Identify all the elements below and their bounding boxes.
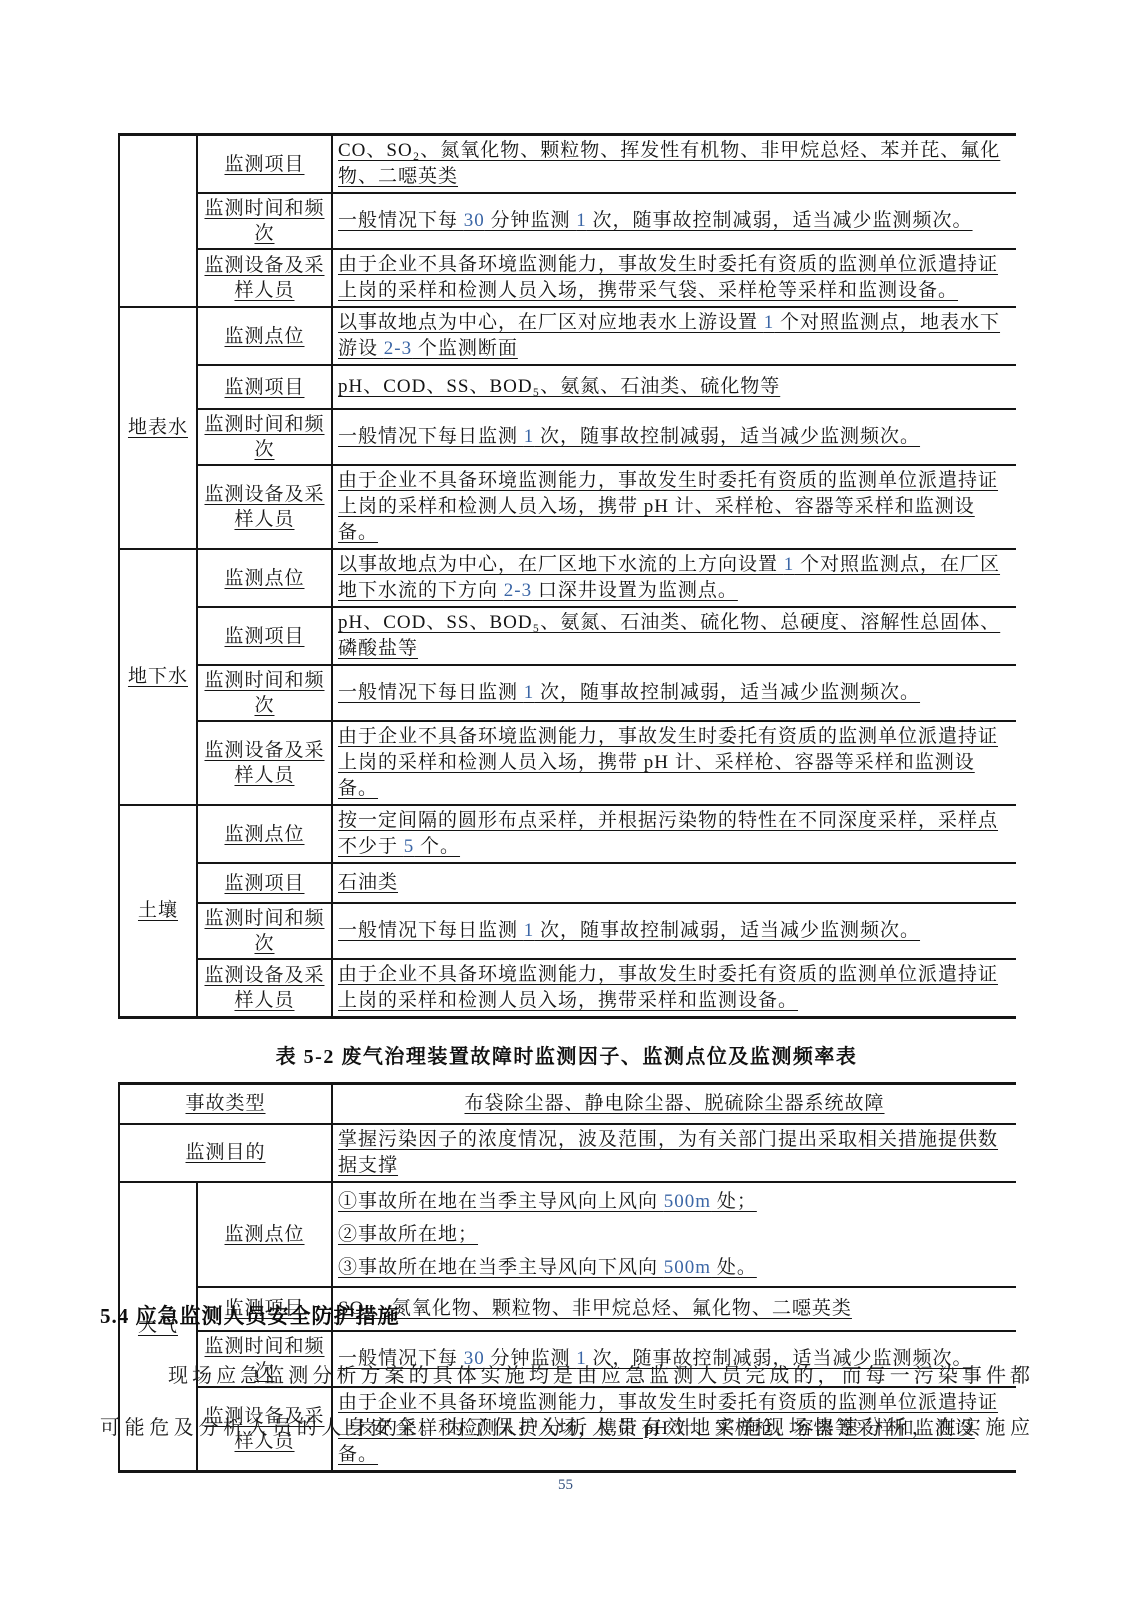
label-cell: 监测项目	[197, 863, 332, 903]
label-cell: 监测点位	[197, 805, 332, 863]
table-5-2-title: 表 5-2 废气治理装置故障时监测因子、监测点位及监测频率表	[118, 1040, 1015, 1069]
content-cell: 布袋除尘器、静电除尘器、脱硫除尘器系统故障	[332, 1084, 1016, 1124]
table-row: 监测设备及采样人员 由于企业不具备环境监测能力，事故发生时委托有资质的监测单位派…	[119, 465, 1016, 549]
label-cell: 监测点位	[197, 307, 332, 365]
content-cell: 按一定间隔的圆形布点采样，并根据污染物的特性在不同深度采样，采样点 不少于 5 …	[332, 805, 1016, 863]
table-row: 监测时间和频次 一般情况下每日监测 1 次，随事故控制减弱，适当减少监测频次。	[119, 903, 1016, 959]
table-row: 事故类型 布袋除尘器、静电除尘器、脱硫除尘器系统故障	[119, 1084, 1016, 1124]
content-cell: 由于企业不具备环境监测能力，事故发生时委托有资质的监测单位派遣持证 上岗的采样和…	[332, 249, 1016, 307]
label-cell: 监测项目	[197, 607, 332, 665]
content-cell: CO、SO₂、氮氧化物、颗粒物、挥发性有机物、非甲烷总烃、苯并芘、氟化 物、二噁…	[332, 135, 1016, 194]
content-cell: ①事故所在地在当季主导风向上风向 500m 处； ②事故所在地； ③事故所在地在…	[332, 1182, 1016, 1287]
content-cell: 一般情况下每日监测 1 次，随事故控制减弱，适当减少监测频次。	[332, 903, 1016, 959]
content-cell: 一般情况下每日监测 1 次，随事故控制减弱，适当减少监测频次。	[332, 409, 1016, 465]
category-cell	[119, 135, 197, 308]
label-cell: 事故类型	[119, 1084, 332, 1124]
table-row: 大气 监测点位 ①事故所在地在当季主导风向上风向 500m 处； ②事故所在地；…	[119, 1182, 1016, 1287]
label-cell: 监测目的	[119, 1124, 332, 1182]
table-row: 监测设备及采样人员 由于企业不具备环境监测能力，事故发生时委托有资质的监测单位派…	[119, 959, 1016, 1018]
category-cell: 地下水	[119, 549, 197, 805]
table-row: 土壤 监测点位 按一定间隔的圆形布点采样，并根据污染物的特性在不同深度采样，采样…	[119, 805, 1016, 863]
table-row: 监测设备及采样人员 由于企业不具备环境监测能力，事故发生时委托有资质的监测单位派…	[119, 249, 1016, 307]
table-row: 监测项目 石油类	[119, 863, 1016, 903]
label-cell: 监测设备及采样人员	[197, 959, 332, 1018]
content-cell: 石油类	[332, 863, 1016, 903]
label-cell: 监测设备及采样人员	[197, 249, 332, 307]
category-cell: 地表水	[119, 307, 197, 549]
table-row: 监测设备及采样人员 由于企业不具备环境监测能力，事故发生时委托有资质的监测单位派…	[119, 721, 1016, 805]
page-number: 55	[0, 1477, 1131, 1494]
table-row: 监测时间和频次 一般情况下每日监测 1 次，随事故控制减弱，适当减少监测频次。	[119, 665, 1016, 721]
label-cell: 监测点位	[197, 549, 332, 607]
label-cell: 监测项目	[197, 135, 332, 194]
table-row: 监测项目 pH、COD、SS、BOD₅、氨氮、石油类、硫化物等	[119, 365, 1016, 409]
paragraph-line: 可能危及分析人员的人身安全。为了保护分析人员有效地实施现场快速分析，在实施应	[100, 1402, 1031, 1454]
content-cell: 由于企业不具备环境监测能力，事故发生时委托有资质的监测单位派遣持证 上岗的采样和…	[332, 465, 1016, 549]
category-cell: 土壤	[119, 805, 197, 1018]
section-paragraph: 现场应急监测分析方案的具体实施均是由应急监测人员完成的，而每一污染事件都 可能危…	[100, 1350, 1031, 1454]
table-row: 监测目的 掌握污染因子的浓度情况，波及范围，为有关部门提出采取相关措施提供数 据…	[119, 1124, 1016, 1182]
tables-area: 监测项目 CO、SO₂、氮氧化物、颗粒物、挥发性有机物、非甲烷总烃、苯并芘、氟化…	[118, 133, 1015, 1473]
paragraph-line: 现场应急监测分析方案的具体实施均是由应急监测人员完成的，而每一污染事件都	[100, 1350, 1031, 1402]
table-row: 监测时间和频次 一般情况下每日监测 1 次，随事故控制减弱，适当减少监测频次。	[119, 409, 1016, 465]
label-cell: 监测设备及采样人员	[197, 721, 332, 805]
label-cell: 监测时间和频次	[197, 409, 332, 465]
monitoring-table-1: 监测项目 CO、SO₂、氮氧化物、颗粒物、挥发性有机物、非甲烷总烃、苯并芘、氟化…	[118, 133, 1016, 1019]
label-cell: 监测项目	[197, 365, 332, 409]
content-cell: pH、COD、SS、BOD₅、氨氮、石油类、硫化物等	[332, 365, 1016, 409]
table-row: 地下水 监测点位 以事故地点为中心，在厂区地下水流的上方向设置 1 个对照监测点…	[119, 549, 1016, 607]
label-cell: 监测时间和频次	[197, 193, 332, 249]
label-cell: 监测设备及采样人员	[197, 465, 332, 549]
content-cell: 由于企业不具备环境监测能力，事故发生时委托有资质的监测单位派遣持证 上岗的采样和…	[332, 959, 1016, 1018]
content-cell: 由于企业不具备环境监测能力，事故发生时委托有资质的监测单位派遣持证 上岗的采样和…	[332, 721, 1016, 805]
content-cell: 以事故地点为中心，在厂区地下水流的上方向设置 1 个对照监测点，在厂区 地下水流…	[332, 549, 1016, 607]
label-cell: 监测点位	[197, 1182, 332, 1287]
label-cell: 监测时间和频次	[197, 903, 332, 959]
label-cell: 监测时间和频次	[197, 665, 332, 721]
content-cell: pH、COD、SS、BOD₅、氨氮、石油类、硫化物、总硬度、溶解性总固体、 磷酸…	[332, 607, 1016, 665]
section-heading: 5.4 应急监测人员安全防护措施	[100, 1303, 1031, 1330]
table-row: 监测项目 pH、COD、SS、BOD₅、氨氮、石油类、硫化物、总硬度、溶解性总固…	[119, 607, 1016, 665]
table-row: 地表水 监测点位 以事故地点为中心，在厂区对应地表水上游设置 1 个对照监测点，…	[119, 307, 1016, 365]
table-row: 监测项目 CO、SO₂、氮氧化物、颗粒物、挥发性有机物、非甲烷总烃、苯并芘、氟化…	[119, 135, 1016, 194]
content-cell: 一般情况下每 30 分钟监测 1 次，随事故控制减弱，适当减少监测频次。	[332, 193, 1016, 249]
content-cell: 掌握污染因子的浓度情况，波及范围，为有关部门提出采取相关措施提供数 据支撑	[332, 1124, 1016, 1182]
content-cell: 以事故地点为中心，在厂区对应地表水上游设置 1 个对照监测点，地表水下 游设 2…	[332, 307, 1016, 365]
section-5-4: 5.4 应急监测人员安全防护措施 现场应急监测分析方案的具体实施均是由应急监测人…	[100, 1303, 1031, 1454]
table-row: 监测时间和频次 一般情况下每 30 分钟监测 1 次，随事故控制减弱，适当减少监…	[119, 193, 1016, 249]
content-cell: 一般情况下每日监测 1 次，随事故控制减弱，适当减少监测频次。	[332, 665, 1016, 721]
document-page: 监测项目 CO、SO₂、氮氧化物、颗粒物、挥发性有机物、非甲烷总烃、苯并芘、氟化…	[0, 0, 1131, 1600]
